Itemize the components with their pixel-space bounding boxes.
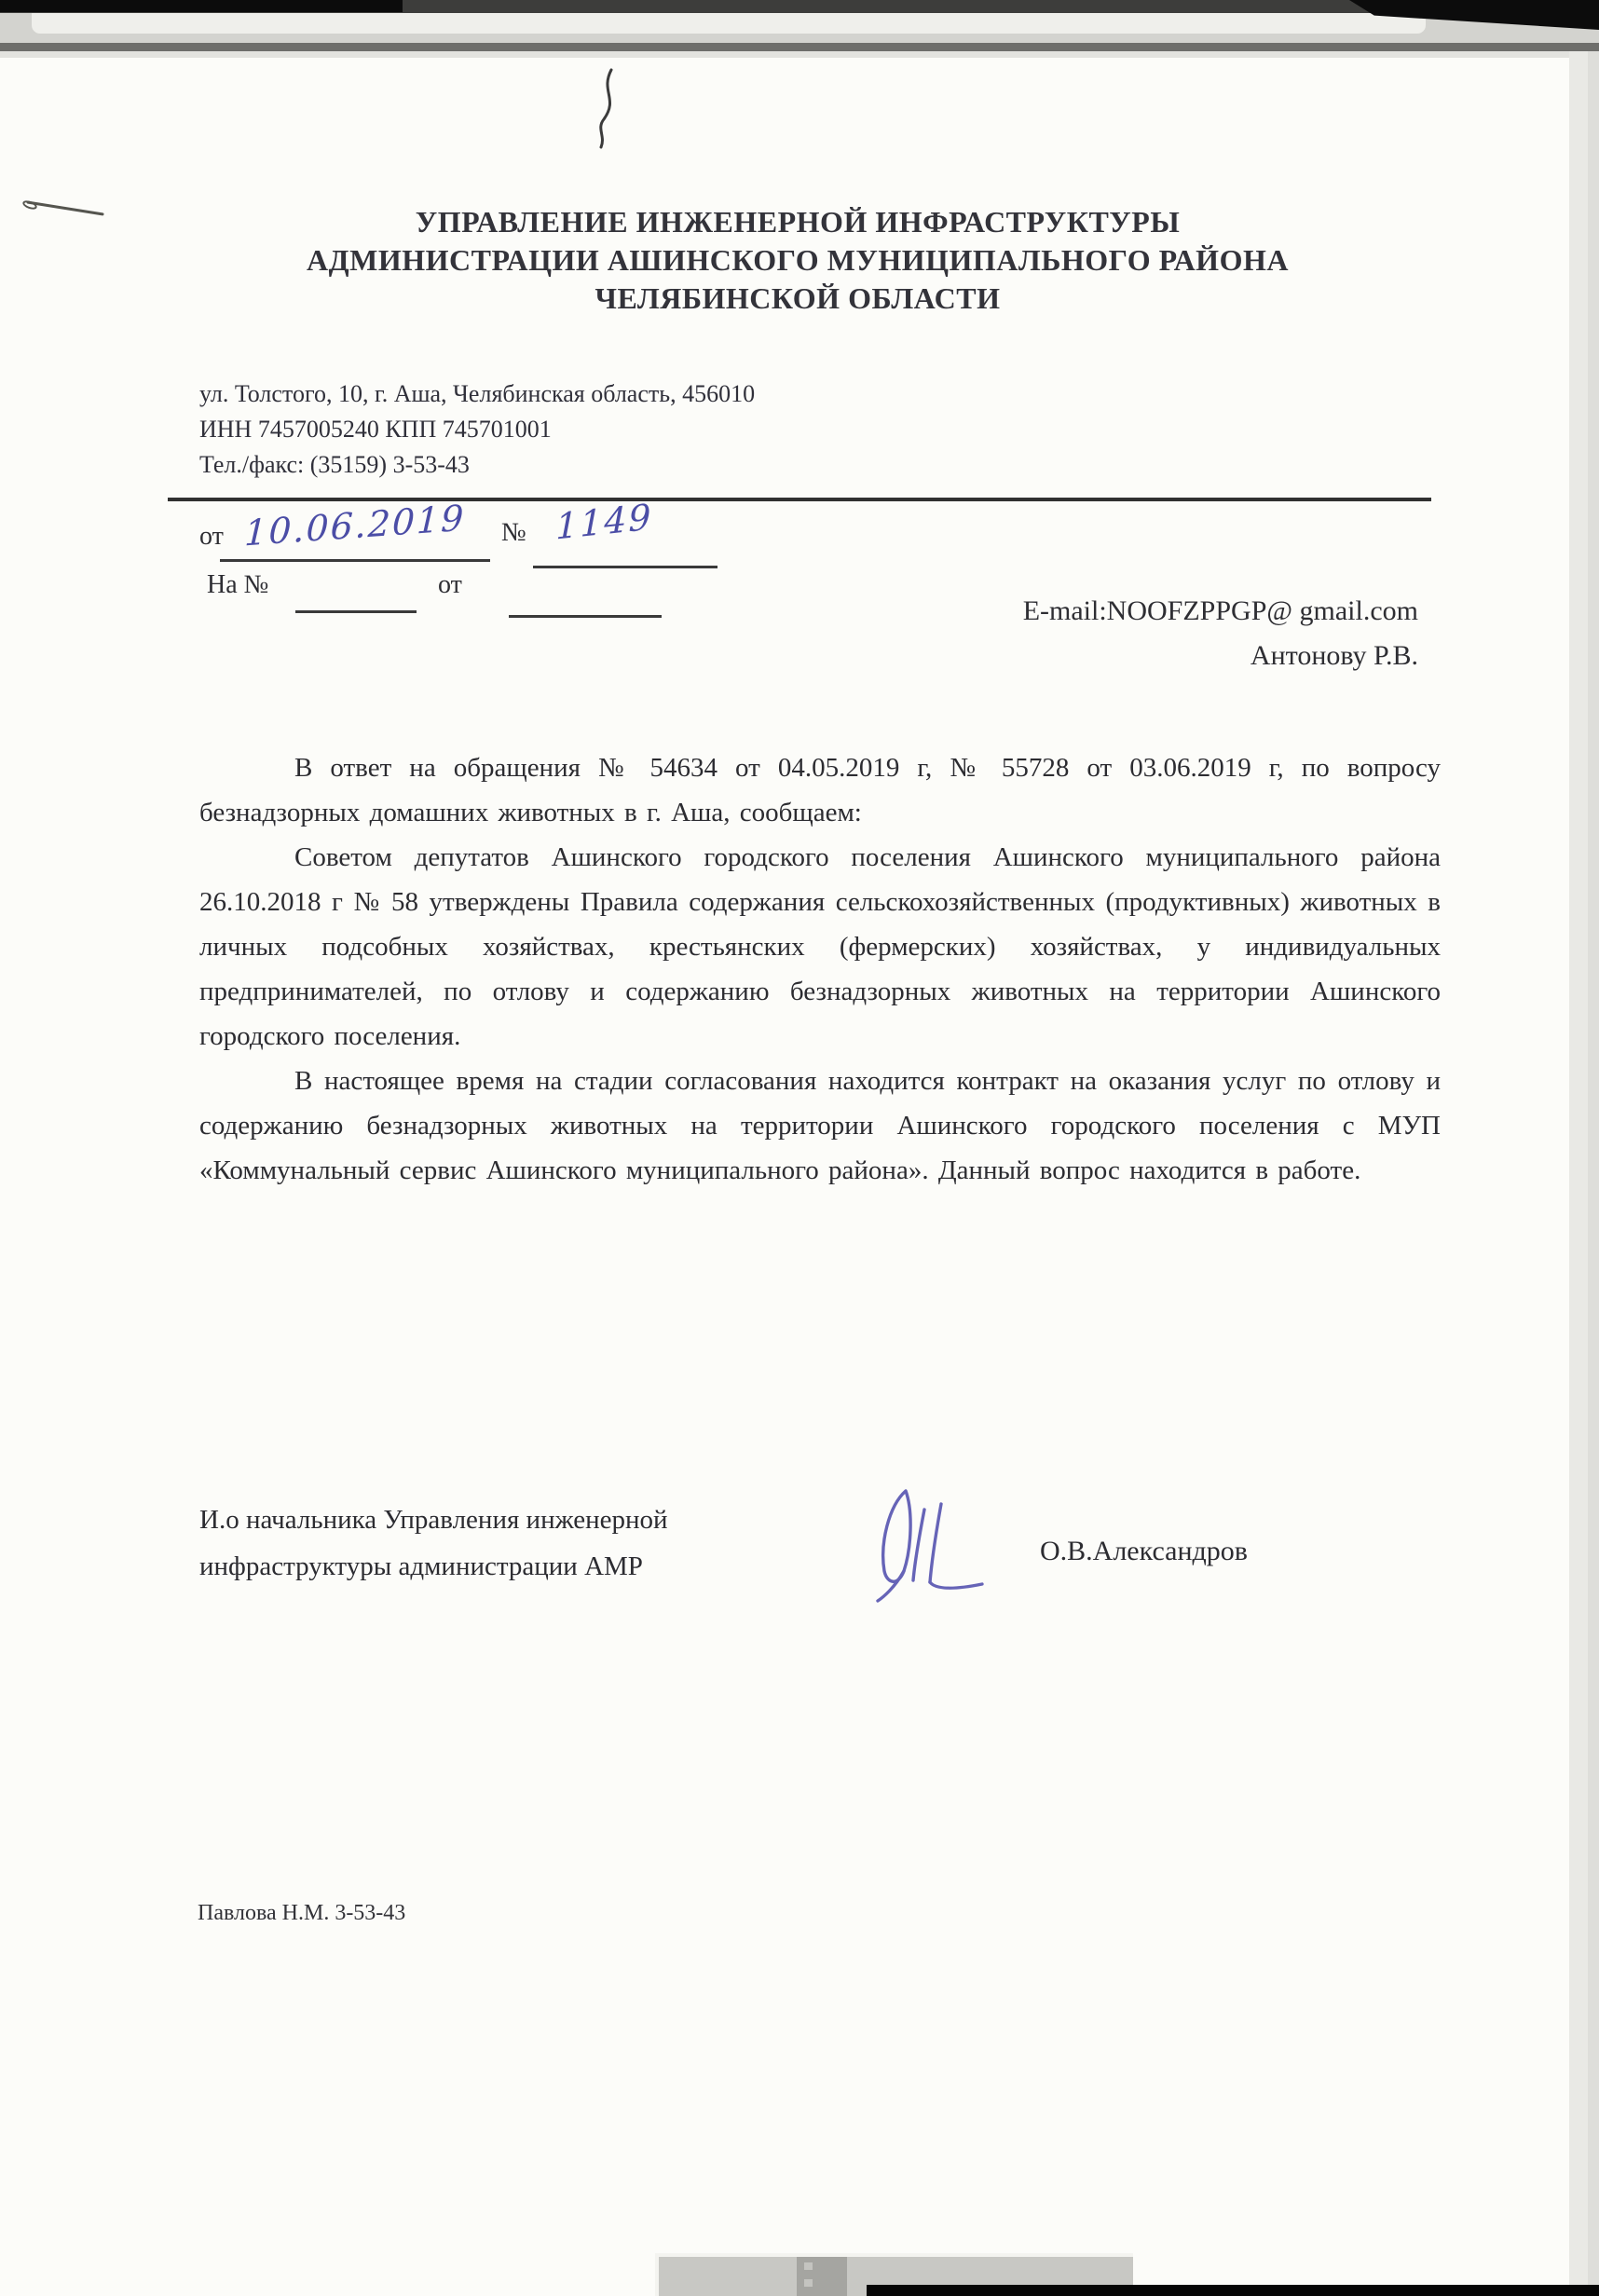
recipient-email-line: E-mail:NOOFZPPGP@ gmail.com xyxy=(1023,589,1418,634)
outgoing-number-label: № xyxy=(501,518,526,548)
handwritten-number: 1149 xyxy=(555,496,652,547)
body-paragraph-1: В ответ на обращения № 54634 от 04.05.20… xyxy=(199,745,1441,835)
signer-position-block: И.о начальника Управления инженерной инф… xyxy=(199,1496,668,1590)
recipient-name-line: Антонову Р.В. xyxy=(1023,634,1418,678)
letterhead-divider-rule xyxy=(168,498,1431,501)
staple-mark xyxy=(26,200,103,215)
executor-contact-line: Павлова Н.М. 3-53-43 xyxy=(198,1901,405,1926)
date-underline xyxy=(220,559,490,562)
film-strip-icon xyxy=(797,2257,847,2296)
outgoing-date-label: от xyxy=(199,522,224,552)
signer-position-line-2: инфраструктуры администрации АМР xyxy=(199,1543,668,1590)
organization-title-line-1: УПРАВЛЕНИЕ ИНЖЕНЕРНОЙ ИНФРАСТРУКТУРЫ xyxy=(158,203,1437,241)
paper-top-soft-shadow xyxy=(0,51,1599,58)
scan-edge-right-inner-band xyxy=(1588,51,1599,2296)
address-inn-kpp-line: ИНН 7457005240 КПП 745701001 xyxy=(199,412,755,447)
address-phone-line: Тел./факс: (35159) 3-53-43 xyxy=(199,447,755,483)
body-paragraph-3: В настоящее время на стадии согласования… xyxy=(199,1059,1441,1193)
film-strip-hole xyxy=(804,2262,813,2270)
film-strip-hole xyxy=(804,2279,813,2287)
paper-top-edge-shadow xyxy=(0,43,1599,51)
reply-to-date-label: от xyxy=(438,570,462,600)
letter-body: В ответ на обращения № 54634 от 04.05.20… xyxy=(199,745,1441,1193)
handwritten-signature xyxy=(867,1478,1016,1608)
scan-artifact-corner-top-left xyxy=(0,0,403,12)
staple-mark-head xyxy=(21,199,38,212)
organization-title: УПРАВЛЕНИЕ ИНЖЕНЕРНОЙ ИНФРАСТРУКТУРЫ АДМ… xyxy=(158,203,1437,318)
signer-position-line-1: И.о начальника Управления инженерной xyxy=(199,1496,668,1543)
handwritten-date: 10.06.2019 xyxy=(244,498,467,554)
pen-squiggle-mark xyxy=(589,67,630,151)
organization-title-line-3: ЧЕЛЯБИНСКОЙ ОБЛАСТИ xyxy=(158,280,1437,318)
organization-title-line-2: АДМИНИСТРАЦИИ АШИНСКОГО МУНИЦИПАЛЬНОГО Р… xyxy=(158,241,1437,280)
address-street-line: ул. Толстого, 10, г. Аша, Челябинская об… xyxy=(199,376,755,412)
signer-name: О.В.Александров xyxy=(1040,1536,1248,1567)
reply-number-underline xyxy=(295,610,417,613)
reply-to-number-label: На № xyxy=(207,570,268,600)
body-paragraph-2: Советом депутатов Ашинского городского п… xyxy=(199,835,1441,1059)
scanned-letter-page: УПРАВЛЕНИЕ ИНЖЕНЕРНОЙ ИНФРАСТРУКТУРЫ АДМ… xyxy=(0,0,1599,2296)
recipient-block: E-mail:NOOFZPPGP@ gmail.com Антонову Р.В… xyxy=(1023,589,1418,678)
organization-address-block: ул. Толстого, 10, г. Аша, Челябинская об… xyxy=(199,376,755,483)
number-underline xyxy=(533,566,717,568)
reply-date-underline xyxy=(509,615,662,618)
scan-artifact-bottom-bar xyxy=(867,2285,1599,2296)
